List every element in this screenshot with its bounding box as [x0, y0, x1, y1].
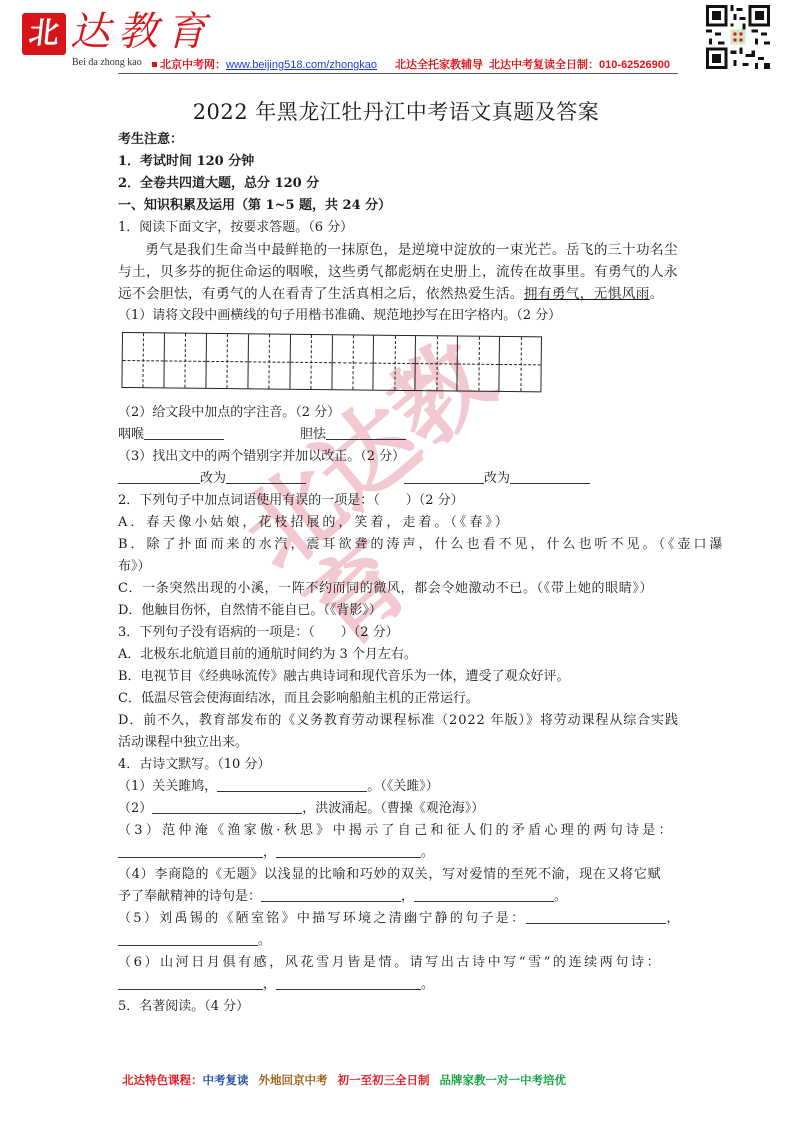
item-text: （5）刘禹锡的《陋室铭》中描写环境之清幽宁静的句子是： — [118, 911, 526, 926]
grid-cell[interactable] — [164, 333, 206, 387]
grid-cell[interactable] — [374, 336, 416, 390]
question-4-item-2: （2），洪波涌起。（曹操《观沧海》） — [118, 798, 678, 820]
question-2-option: D．他触目伤怀，自然情不能自已。（《背影》） — [118, 600, 678, 622]
item-text: （1）关关雎鸠， — [118, 779, 217, 794]
footer-course: 外地回京中考 — [259, 1075, 328, 1087]
answer-blank[interactable] — [118, 976, 263, 990]
punct: ， — [263, 977, 276, 992]
item-text: （2） — [118, 801, 152, 816]
question-4-item-6: （6）山河日月俱有感，风花雪月皆是情。请写出古诗中写“雪”的连续两句诗： — [118, 952, 678, 974]
punct: 。 — [258, 933, 271, 948]
logo-subtitle: Bei da zhong kao — [72, 57, 142, 68]
question-1-sub2: （2）给文段中加点的字注音。（2 分） — [118, 402, 678, 424]
answer-blank[interactable] — [118, 932, 258, 946]
fix-blank-1[interactable] — [226, 470, 306, 484]
item-text: ，洪波涌起。（曹操《观沧海》） — [302, 801, 484, 816]
question-4-prompt: 4．古诗文默写。（10 分） — [118, 754, 678, 776]
answer-blank[interactable] — [217, 778, 367, 792]
answer-blank[interactable] — [261, 888, 401, 902]
passage-end: 。 — [650, 286, 664, 302]
question-2-option: B．除了扑面而来的水汽，震耳欲聋的涛声，什么也看不见，什么也听不见。（《壶口瀑 — [118, 534, 678, 556]
question-1-prompt: 1．阅读下面文字，按要求答题。（6 分） — [118, 217, 678, 239]
phone-number: 010-62526900 — [599, 59, 670, 71]
section-heading: 一、知识积累及运用（第 1~5 题，共 24 分） — [118, 195, 678, 217]
grid-cell[interactable] — [290, 335, 332, 389]
question-1-sub1: （1）请将文段中画横线的句子用楷书准确、规范地抄写在田字格内。（2 分） — [118, 305, 678, 327]
tianzi-grid[interactable] — [121, 332, 542, 392]
exam-document: 2022 年黑龙江牡丹江中考语文真题及答案 考生注意： 1．考试时间 120 分… — [118, 95, 678, 1018]
pinyin-blank-2[interactable] — [326, 426, 406, 440]
bullet-square-icon — [152, 62, 157, 67]
punct: ， — [666, 911, 679, 926]
typo-blank-1[interactable] — [118, 470, 200, 484]
question-2-option: C．一条突然出现的小溪，一阵不约而同的微风，都会令她激动不已。（《带上她的眼睛》… — [118, 578, 678, 600]
fix-blank-2[interactable] — [510, 470, 590, 484]
correct-label: 改为 — [200, 471, 226, 486]
question-3-option: D．前不久，教育部发布的《义务教育劳动课程标准（2022 年版）》将劳动课程从综… — [118, 710, 678, 732]
question-3-prompt: 3．下列句子没有语病的一项是：（ ）（2 分） — [118, 622, 678, 644]
notice-item: 2．全卷共四道大题，总分 120 分 — [118, 173, 678, 195]
answer-blank[interactable] — [276, 844, 421, 858]
logo-char: 北 — [27, 19, 60, 49]
pinyin-row: 咽喉胆怯 — [118, 424, 678, 446]
footer-course: 中考复读 — [203, 1075, 249, 1087]
question-4-item-3: （3）范仲淹《渔家傲·秋思》中揭示了自己和征人们的矛盾心理的两句诗是： — [118, 820, 678, 842]
grid-cell[interactable] — [458, 337, 500, 391]
punct: ， — [263, 845, 276, 860]
header-info-line: 北京中考网：www.beijing518.com/zhongkao北达全托家教辅… — [152, 56, 670, 72]
service-tutoring: 北达全托家教辅导 — [395, 59, 483, 71]
grid-cell[interactable] — [248, 334, 290, 388]
item-text: 。（《关雎》） — [367, 779, 439, 794]
typo-blank-2[interactable] — [404, 470, 484, 484]
question-4-item-6-blanks: ，。 — [118, 974, 678, 996]
document-title: 2022 年黑龙江牡丹江中考语文真题及答案 — [114, 95, 678, 129]
question-5-prompt: 5．名著阅读。（4 分） — [118, 996, 678, 1018]
header-divider — [118, 73, 678, 74]
answer-blank[interactable] — [152, 800, 302, 814]
notice-heading: 考生注意： — [118, 129, 678, 151]
question-4-item-4: （4）李商隐的《无题》以浅显的比喻和巧妙的双关，写对爱情的至死不渝，现在又将它赋 — [118, 864, 678, 886]
question-1-passage: 勇气是我们生命当中最鲜艳的一抹原色，是逆境中淀放的一束光芒。岳飞的三十功名尘与土… — [118, 239, 678, 305]
question-2-option: A．春天像小姑娘，花枝招展的，笑着，走着。（《春》） — [118, 512, 678, 534]
logo-badge: 北 — [22, 13, 66, 55]
service-repeat: 北达中考复读全日制： — [489, 59, 599, 71]
answer-blank[interactable] — [118, 844, 263, 858]
question-4-item-1: （1）关关雎鸠，。（《关雎》） — [118, 776, 678, 798]
pinyin-word-1: 咽喉 — [118, 427, 144, 442]
page-footer: 北达特色课程：中考复读外地回京中考初一至初三全日制品牌家教一对一中考培优 — [122, 1072, 576, 1088]
question-1-sub3: （3）找出文中的两个错别字并加以改正。（2 分） — [118, 446, 678, 468]
question-3-option: A．北极东北航道目前的通航时间约为 3 个月左右。 — [118, 644, 678, 666]
punct: 。 — [554, 889, 567, 904]
pinyin-blank-1[interactable] — [144, 426, 224, 440]
grid-cell[interactable] — [500, 337, 541, 391]
question-3-option: C．低温尽管会使海面结冰，而且会影响船舶主机的正常运行。 — [118, 688, 678, 710]
question-2-prompt: 2．下列句子中加点词语使用有误的一项是：（ ）（2 分） — [118, 490, 678, 512]
notice-item: 1．考试时间 120 分钟 — [118, 151, 678, 173]
punct: ， — [401, 889, 414, 904]
question-4-item-4-blanks: 予了奉献精神的诗句是：，。 — [118, 886, 678, 908]
site-url-link[interactable]: www.beijing518.com/zhongkao — [226, 59, 377, 71]
grid-cell[interactable] — [332, 335, 374, 389]
grid-cell[interactable] — [206, 334, 248, 388]
logo-text: 达教育 — [70, 8, 214, 56]
pinyin-word-2: 胆怯 — [300, 427, 326, 442]
footer-course: 品牌家教一对一中考培优 — [440, 1075, 567, 1087]
page-header: 北 达教育 Bei da zhong kao 北京中考网：www.beijing… — [0, 0, 796, 80]
grid-cell[interactable] — [122, 333, 164, 387]
passage-underlined: 拥有勇气，无惧风雨 — [524, 286, 650, 302]
answer-blank[interactable] — [414, 888, 554, 902]
question-4-item-5-blank: 。 — [118, 930, 678, 952]
grid-cell[interactable] — [416, 336, 458, 390]
answer-blank[interactable] — [526, 910, 666, 924]
question-3-option: B．电视节目《经典咏流传》融古典诗词和现代音乐为一体，遭受了观众好评。 — [118, 666, 678, 688]
answer-blank[interactable] — [276, 976, 421, 990]
correction-row: 改为改为 — [118, 468, 678, 490]
punct: 。 — [421, 845, 434, 860]
question-2-option-cont: 布》） — [118, 556, 678, 578]
item-text: 予了奉献精神的诗句是： — [118, 889, 261, 904]
question-4-item-3-blanks: ，。 — [118, 842, 678, 864]
question-4-item-5: （5）刘禹锡的《陋室铭》中描写环境之清幽宁静的句子是：， — [118, 908, 678, 930]
footer-label: 北达特色课程： — [122, 1075, 203, 1087]
question-3-option-cont: 活动课程中独立出来。 — [118, 732, 678, 754]
punct: 。 — [421, 977, 434, 992]
footer-course: 初一至初三全日制 — [338, 1075, 430, 1087]
site-label: 北京中考网： — [160, 59, 226, 71]
correct-label: 改为 — [484, 471, 510, 486]
qr-code-icon — [706, 5, 770, 69]
